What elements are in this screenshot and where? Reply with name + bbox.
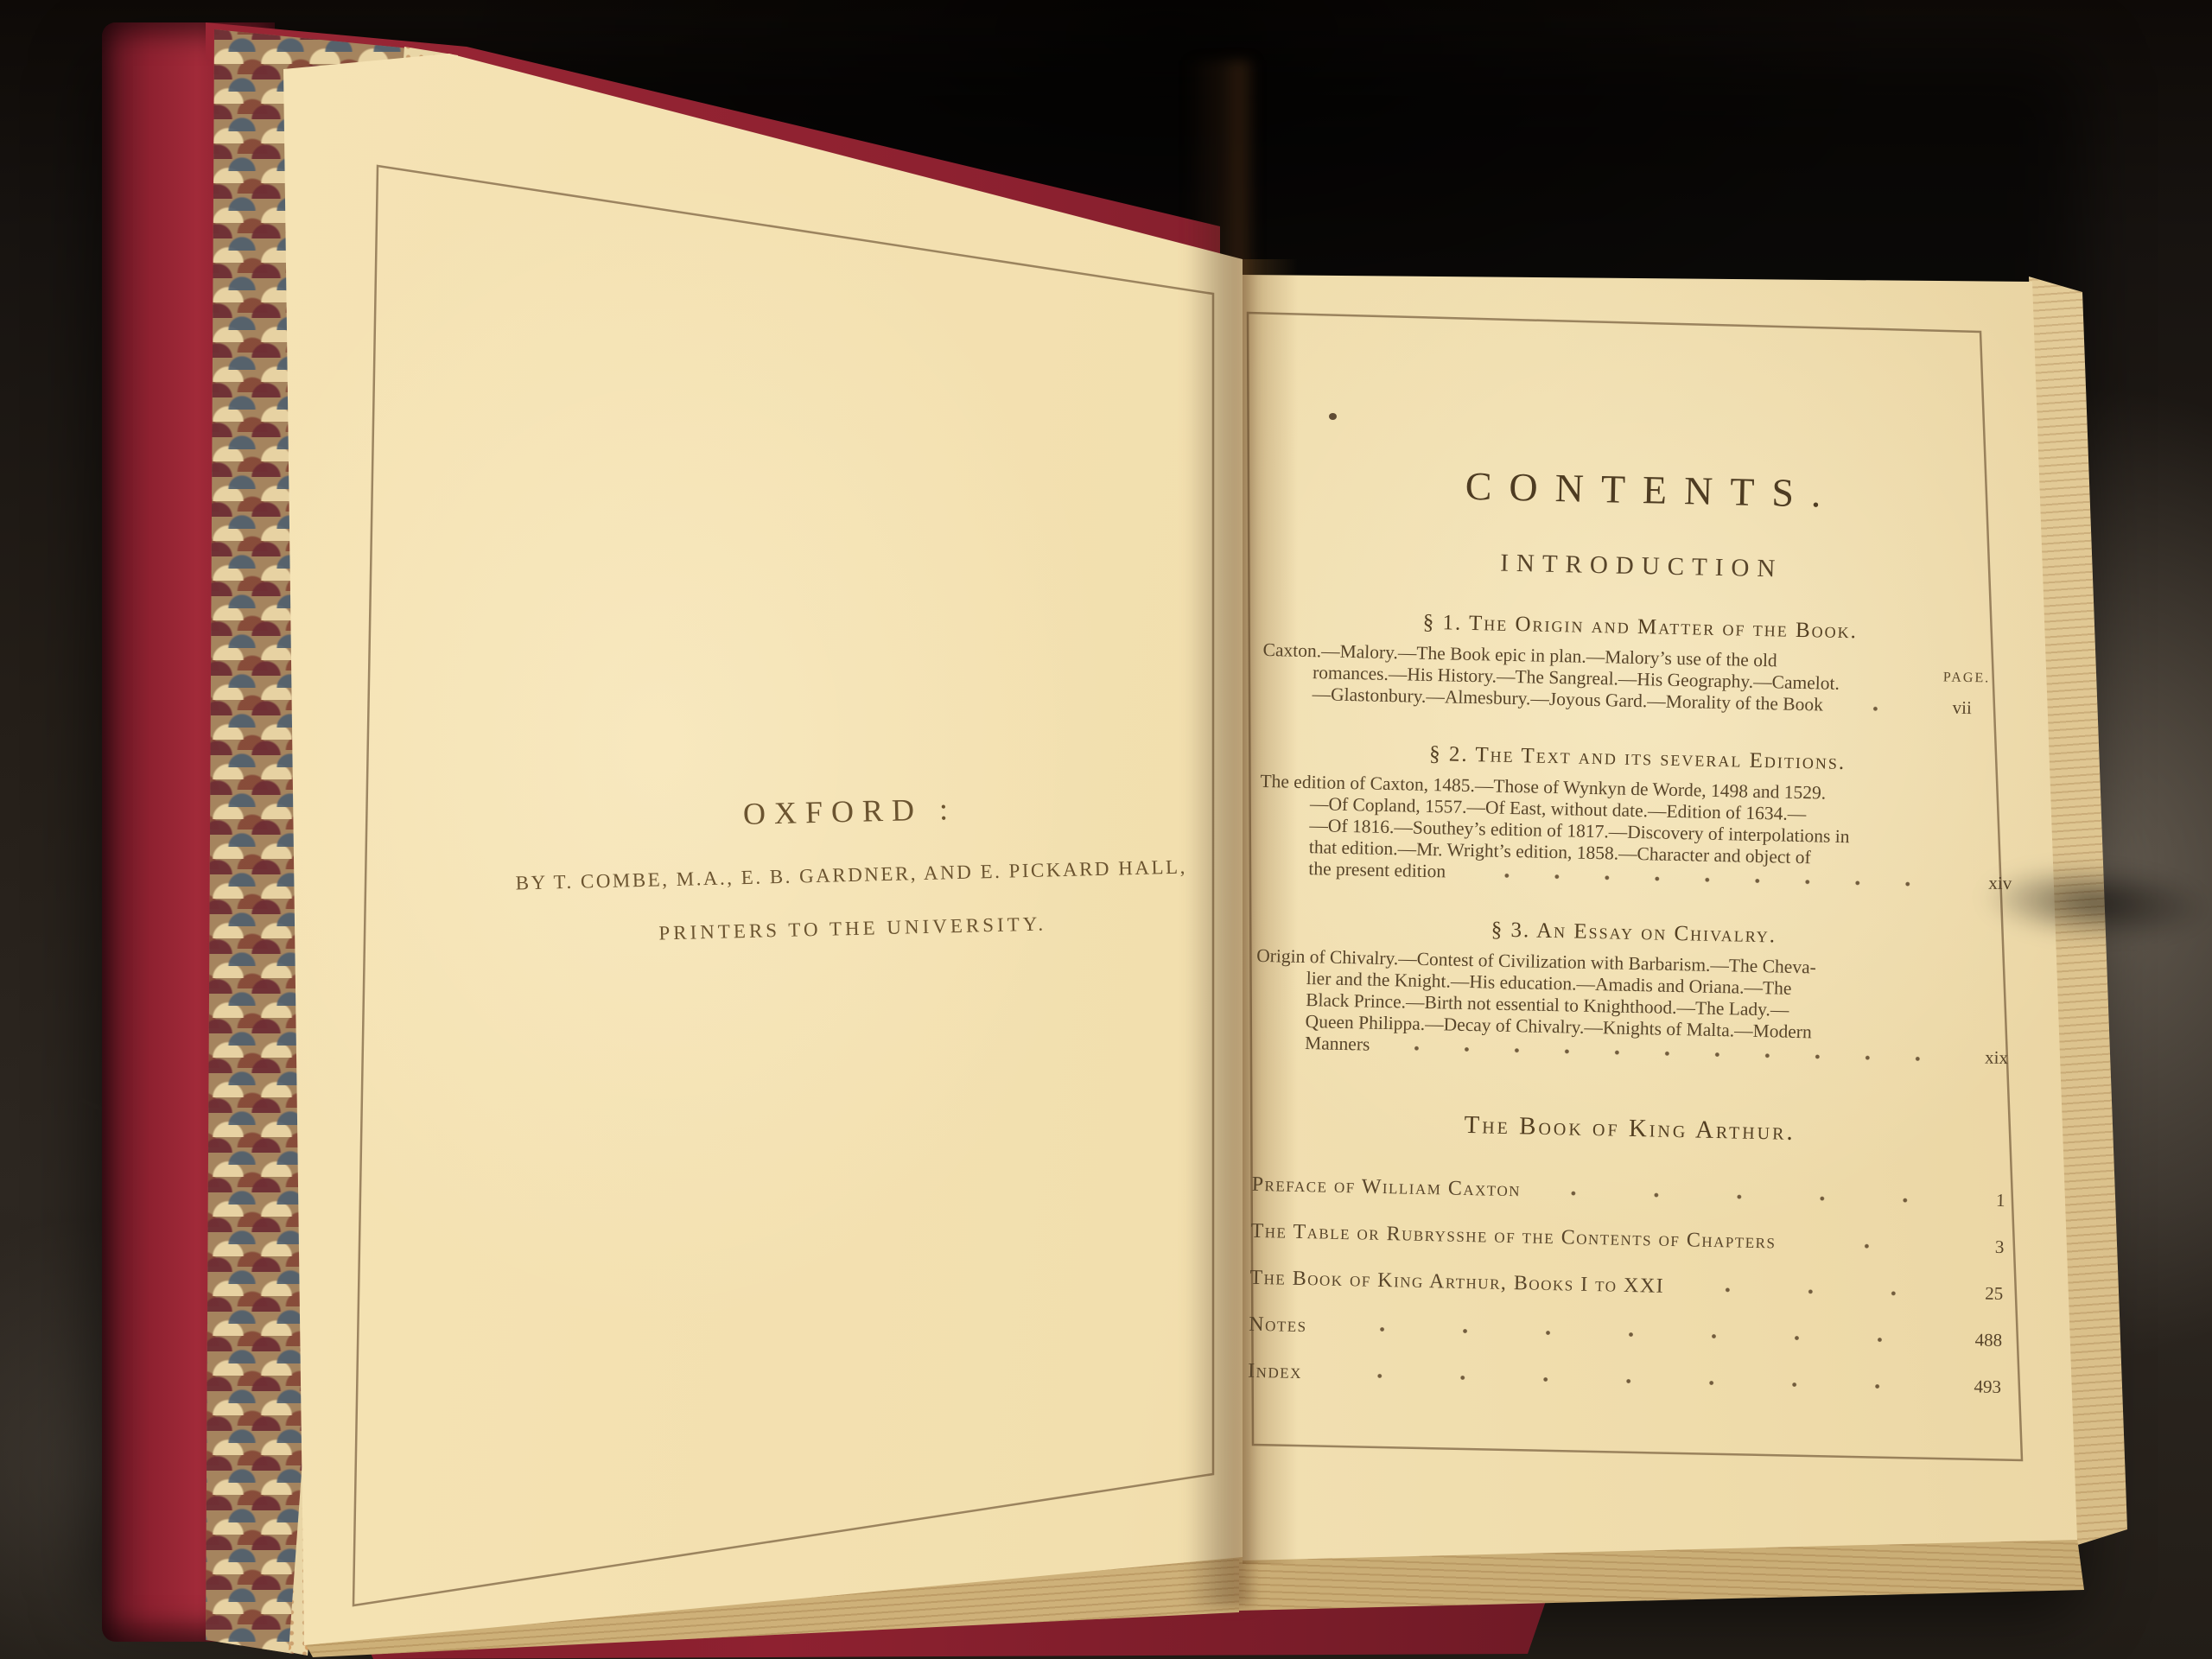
page-ref: xix xyxy=(1951,1046,2009,1069)
dot-leader xyxy=(1325,1371,1932,1392)
contents-page: CONTENTS. INTRODUCTION PAGE. § 1. The Or… xyxy=(1246,310,2023,1466)
toc-list: Preface of William Caxton1The Table or R… xyxy=(1248,1173,2005,1399)
oxford-imprint: OXFORD : BY T. COMBE, M.A., E. B. GARDNE… xyxy=(504,785,1198,948)
dot-leader xyxy=(1330,1325,1934,1345)
dot-leader xyxy=(1468,871,1946,889)
toc-entry-label: Preface of William Caxton xyxy=(1251,1173,1521,1203)
section-body: Origin of Chivalry.—Contest of Civilizat… xyxy=(1255,945,2010,1069)
toc-row: Notes488 xyxy=(1249,1313,2002,1352)
toc-entry-page: 493 xyxy=(1941,1376,2002,1398)
toc-row: The Table or Rubrysshe of the Contents o… xyxy=(1250,1220,2004,1259)
dot-leader xyxy=(1798,1241,1935,1251)
introduction-heading: INTRODUCTION xyxy=(1265,544,2018,588)
toc-entry-label: Index xyxy=(1248,1360,1302,1384)
dot-leader xyxy=(1392,1044,1942,1063)
toc-entry-label: The Book of King Arthur, Books I to XXI xyxy=(1249,1267,1664,1299)
dot-leader xyxy=(1846,704,1906,713)
toc-entry-page: 3 xyxy=(1943,1236,2005,1258)
page-column-label: PAGE. xyxy=(1943,670,1991,686)
toc-entry-label: Notes xyxy=(1249,1313,1307,1338)
toc-entry-page: 488 xyxy=(1942,1329,2003,1351)
toc-row: Preface of William Caxton1 xyxy=(1251,1173,2005,1212)
sections: § 1. The Origin and Matter of the Book.C… xyxy=(1255,607,2018,1069)
page-ref: vii xyxy=(1915,696,1973,719)
paper-speck xyxy=(1329,413,1337,420)
toc-row: The Book of King Arthur, Books I to XXI2… xyxy=(1249,1267,2003,1306)
photo-of-open-book: OXFORD : BY T. COMBE, M.A., E. B. GARDNE… xyxy=(0,0,2212,1659)
toc-row: Index493 xyxy=(1248,1360,2001,1399)
section-line: Manners xyxy=(1305,1033,1370,1056)
section-body: The edition of Caxton, 1485.—Those of Wy… xyxy=(1258,771,2013,894)
imprint-printers: BY T. COMBE, M.A., E. B. GARDNER, AND E.… xyxy=(505,855,1197,895)
section-body: Caxton.—Malory.—The Book epic in plan.—M… xyxy=(1262,639,2016,720)
toc-entry-page: 25 xyxy=(1942,1282,2004,1305)
book-of-king-arthur-heading: The Book of King Arthur. xyxy=(1253,1107,2006,1151)
toc-entry-label: The Table or Rubrysshe of the Contents o… xyxy=(1250,1220,1776,1255)
dot-leader xyxy=(1543,1189,1936,1205)
section-line: the present edition xyxy=(1308,858,1446,882)
dot-leader xyxy=(1687,1285,1934,1298)
contents-title: CONTENTS. xyxy=(1266,459,2020,520)
toc-entry-page: 1 xyxy=(1944,1189,2005,1211)
